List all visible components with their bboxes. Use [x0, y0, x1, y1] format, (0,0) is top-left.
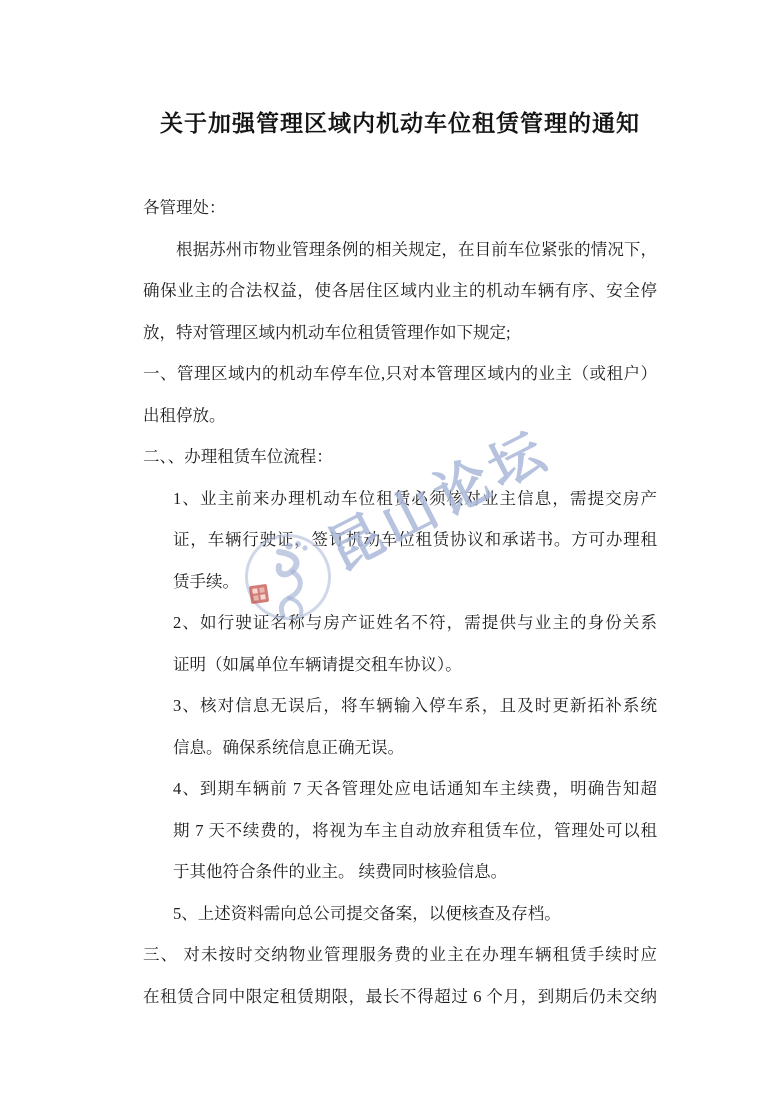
document-line: 确保业主的合法权益，使各居住区域内业主的机动车辆有序、安全停 — [143, 270, 657, 312]
document-title: 关于加强管理区域内机动车位租赁管理的通知 — [143, 103, 657, 145]
document-line: 3、核对信息无误后，将车辆输入停车系，且及时更新拓补系统 — [143, 685, 657, 727]
document-line: 期 7 天不续费的，将视为车主自动放弃租赁车位，管理处可以租 — [143, 810, 657, 852]
document-line: 赁手续。 — [143, 561, 657, 603]
document-page: 关于加强管理区域内机动车位租赁管理的通知 各管理处：根据苏州市物业管理条例的相关… — [0, 0, 780, 1099]
document-line: 证明（如属单位车辆请提交租车协议）。 — [143, 644, 657, 686]
document-line: 证，车辆行驶证，签订机动车位租赁协议和承诺书。方可办理租 — [143, 519, 657, 561]
document-line: 信息。确保系统信息正确无误。 — [143, 727, 657, 769]
document-line: 1、业主前来办理机动车位租赁必须核对业主信息，需提交房产 — [143, 478, 657, 520]
document-line: 于其他符合条件的业主。 续费同时核验信息。 — [143, 851, 657, 893]
document-line: 5、上述资料需向总公司提交备案，以便核查及存档。 — [143, 893, 657, 935]
document-line: 一、管理区域内的机动车停车位,只对本管理区域内的业主（或租户） — [143, 353, 657, 395]
document-line: 4、到期车辆前 7 天各管理处应电话通知车主续费，明确告知超 — [143, 768, 657, 810]
document-line: 各管理处： — [143, 187, 657, 229]
document-line: 根据苏州市物业管理条例的相关规定，在目前车位紧张的情况下， — [143, 229, 657, 271]
document-line: 出租停放。 — [143, 395, 657, 437]
document-line: 在租赁合同中限定租赁期限，最长不得超过 6 个月，到期后仍未交纳 — [143, 976, 657, 1018]
document-line: 放，特对管理区域内机动车位租赁管理作如下规定; — [143, 312, 657, 354]
document-line: 2、如行驶证名称与房产证姓名不符，需提供与业主的身份关系 — [143, 602, 657, 644]
document-line: 三、 对未按时交纳物业管理服务费的业主在办理车辆租赁手续时应 — [143, 934, 657, 976]
document-body: 各管理处：根据苏州市物业管理条例的相关规定，在目前车位紧张的情况下，确保业主的合… — [143, 187, 657, 1017]
document-line: 二、、办理租赁车位流程： — [143, 436, 657, 478]
